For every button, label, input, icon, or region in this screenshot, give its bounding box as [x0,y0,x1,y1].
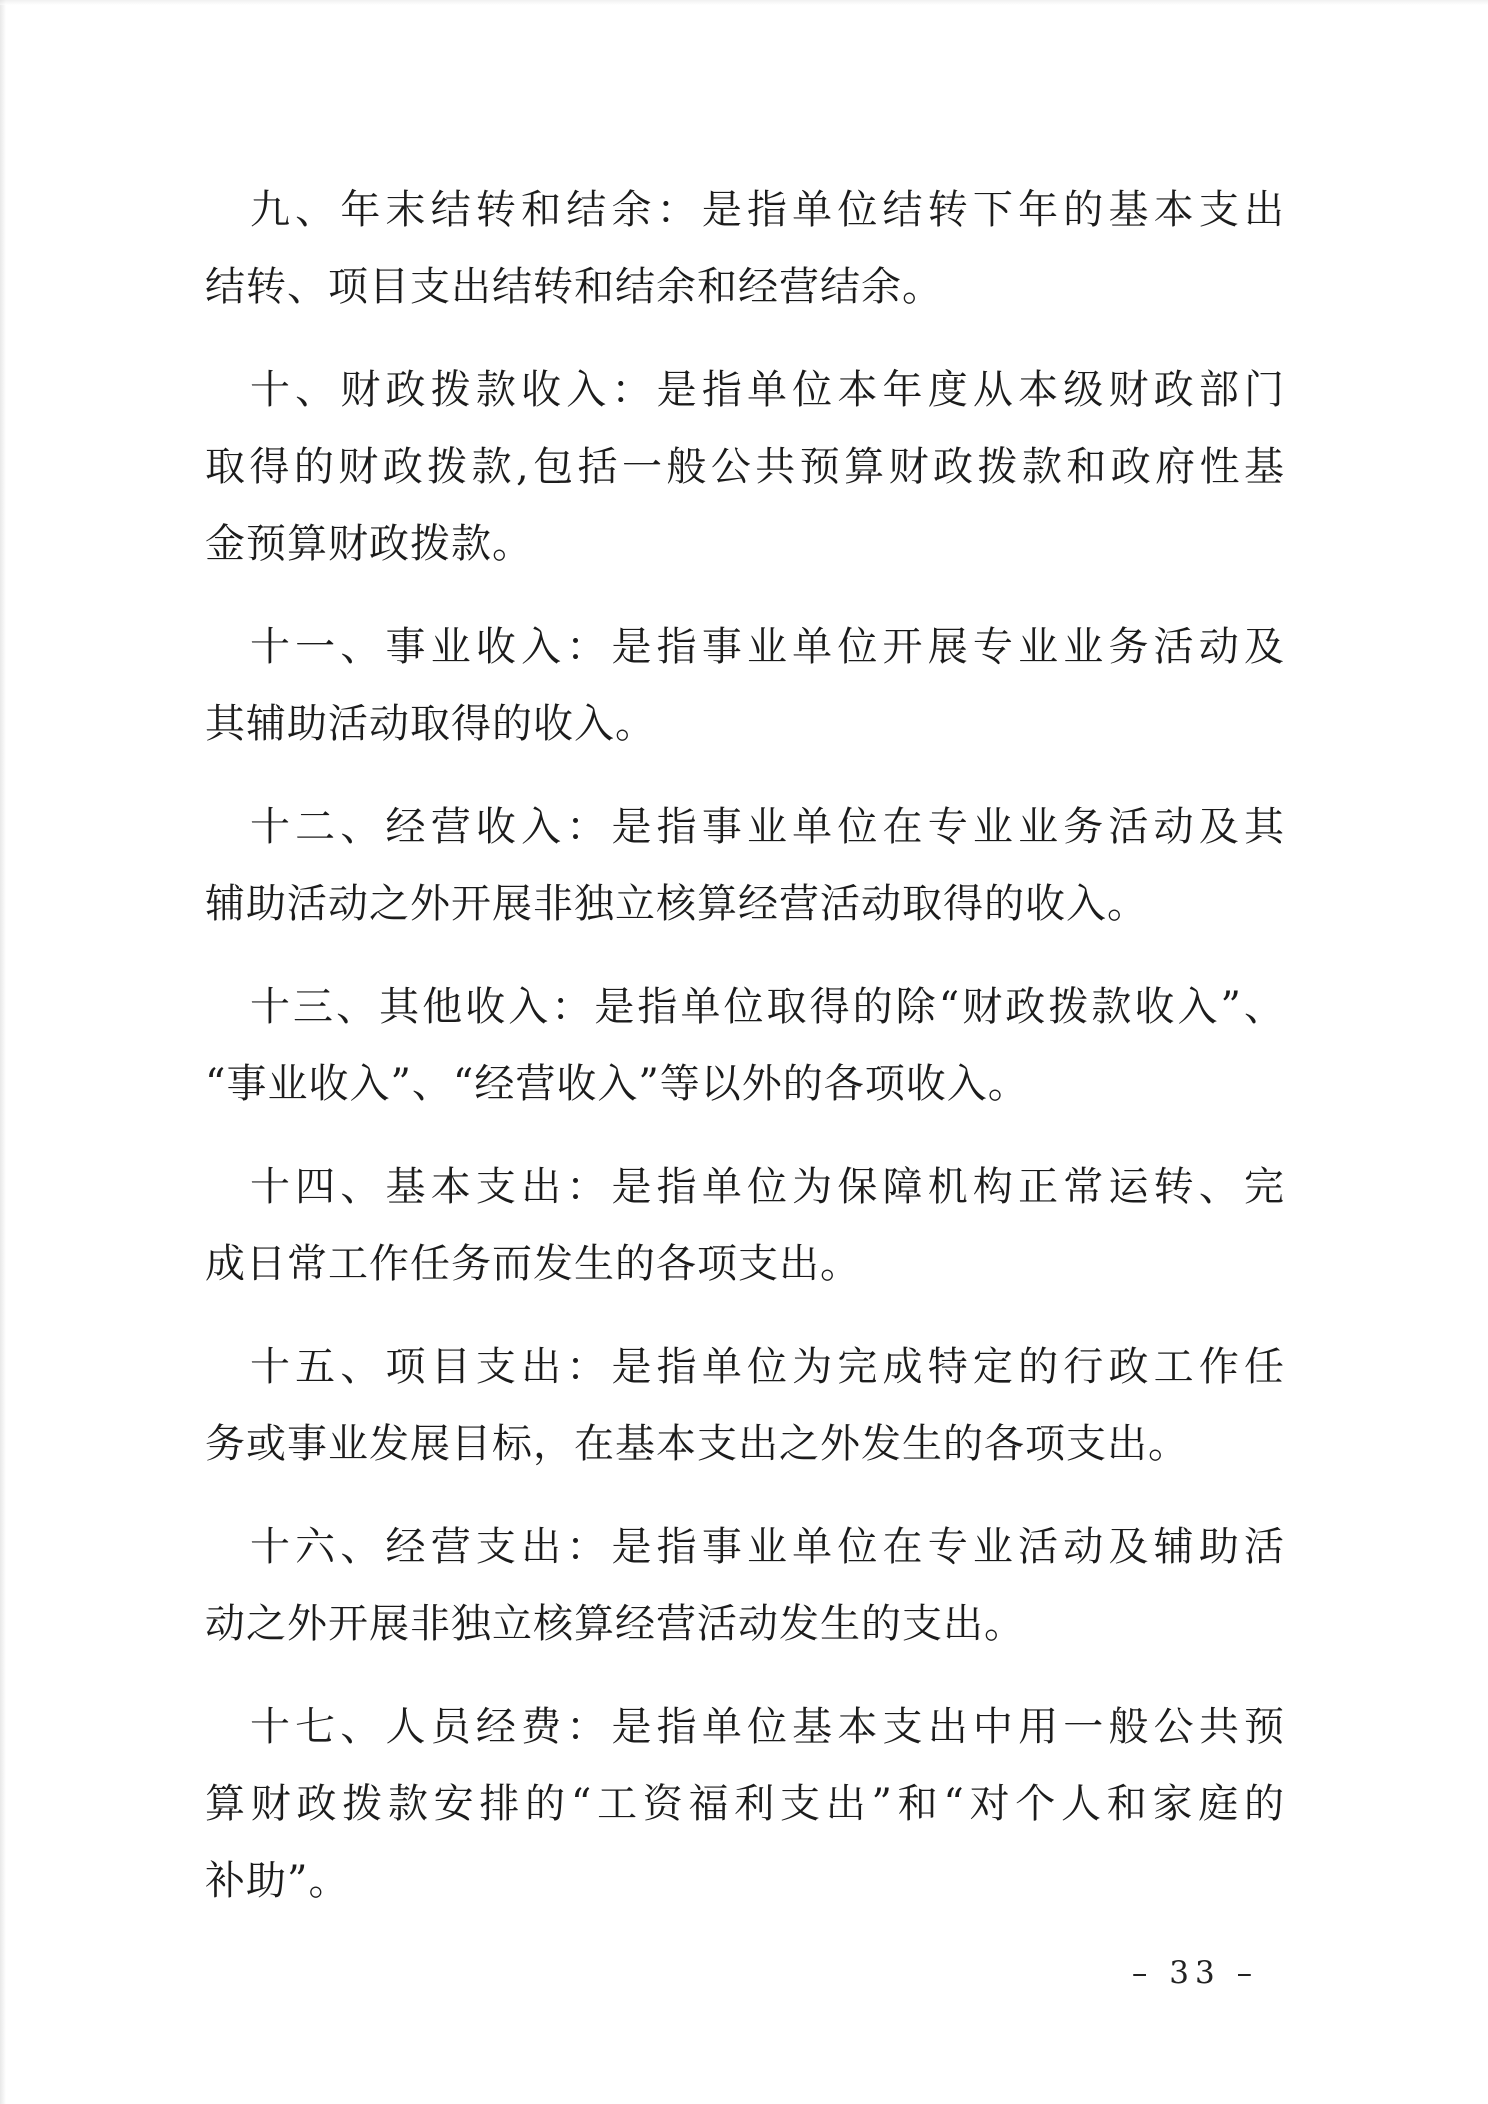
paragraph-line: “事业收入”、“经营收入”等以外的各项收入。 [205,1046,1285,1123]
paragraph-line: 结转、项目支出结转和结余和经营结余。 [205,249,1285,326]
paragraph-item-17-personnel-expenses: 十七、人员经费：是指单位基本支出中用一般公共预 算财政拨款安排的“工资福利支出”… [205,1689,1285,1920]
paragraph-item-13-other-income: 十三、其他收入：是指单位取得的除“财政拨款收入”、 “事业收入”、“经营收入”等… [205,969,1285,1123]
paragraph-item-12-business-operation-income: 十二、经营收入：是指事业单位在专业业务活动及其 辅助活动之外开展非独立核算经营活… [205,789,1285,943]
paragraph-line: 其辅助活动取得的收入。 [205,686,1285,763]
page-number: – 33 – [1095,1955,1295,1991]
paragraph-line: 十一、事业收入：是指事业单位开展专业业务活动及 [205,609,1285,686]
paragraph-item-10-fiscal-appropriation-income: 十、财政拨款收入：是指单位本年度从本级财政部门 取得的财政拨款,包括一般公共预算… [205,352,1285,583]
paragraph-line: 十三、其他收入：是指单位取得的除“财政拨款收入”、 [205,969,1285,1046]
paragraph-line: 务或事业发展目标，在基本支出之外发生的各项支出。 [205,1406,1285,1483]
paragraph-line: 九、年末结转和结余：是指单位结转下年的基本支出 [205,172,1285,249]
paragraph-line: 动之外开展非独立核算经营活动发生的支出。 [205,1586,1285,1663]
paragraph-line: 十六、经营支出：是指事业单位在专业活动及辅助活 [205,1509,1285,1586]
paragraph-line: 辅助活动之外开展非独立核算经营活动取得的收入。 [205,866,1285,943]
paragraph-item-16-operating-expenditure: 十六、经营支出：是指事业单位在专业活动及辅助活 动之外开展非独立核算经营活动发生… [205,1509,1285,1663]
paragraph-line: 金预算财政拨款。 [205,506,1285,583]
paragraph-item-14-basic-expenditure: 十四、基本支出：是指单位为保障机构正常运转、完 成日常工作任务而发生的各项支出。 [205,1149,1285,1303]
paragraph-item-9-year-end-carryover: 九、年末结转和结余：是指单位结转下年的基本支出 结转、项目支出结转和结余和经营结… [205,172,1285,326]
paragraph-line: 十四、基本支出：是指单位为保障机构正常运转、完 [205,1149,1285,1226]
paragraph-line: 补助”。 [205,1843,1285,1920]
paragraph-item-15-project-expenditure: 十五、项目支出：是指单位为完成特定的行政工作任 务或事业发展目标，在基本支出之外… [205,1329,1285,1483]
paragraph-line: 十二、经营收入：是指事业单位在专业业务活动及其 [205,789,1285,866]
document-page: 九、年末结转和结余：是指单位结转下年的基本支出 结转、项目支出结转和结余和经营结… [0,0,1488,2104]
scan-edge-artifact [0,0,1488,5]
paragraph-line: 十七、人员经费：是指单位基本支出中用一般公共预 [205,1689,1285,1766]
paragraph-line: 取得的财政拨款,包括一般公共预算财政拨款和政府性基 [205,429,1285,506]
scan-edge-artifact [0,0,6,2104]
paragraph-line: 十五、项目支出：是指单位为完成特定的行政工作任 [205,1329,1285,1406]
paragraph-item-11-operating-income-public-institution: 十一、事业收入：是指事业单位开展专业业务活动及 其辅助活动取得的收入。 [205,609,1285,763]
paragraph-line: 算财政拨款安排的“工资福利支出”和“对个人和家庭的 [205,1766,1285,1843]
paragraph-line: 十、财政拨款收入：是指单位本年度从本级财政部门 [205,352,1285,429]
paragraph-line: 成日常工作任务而发生的各项支出。 [205,1226,1285,1303]
document-body: 九、年末结转和结余：是指单位结转下年的基本支出 结转、项目支出结转和结余和经营结… [205,172,1285,1920]
